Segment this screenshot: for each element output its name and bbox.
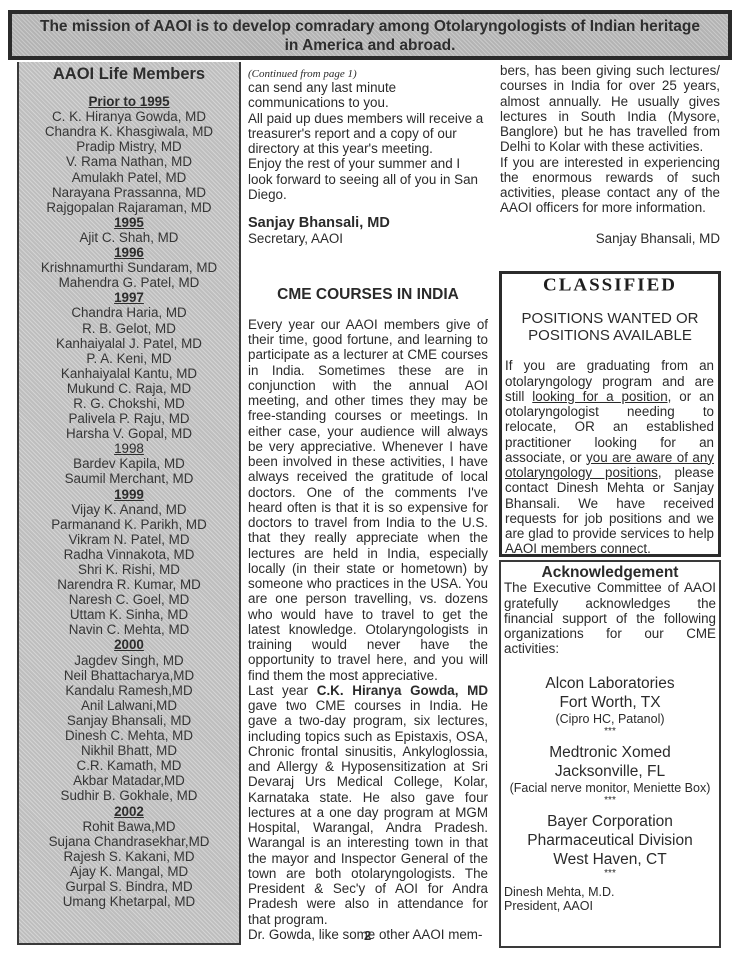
member-name: Krishnamurthi Sundaram, MD bbox=[19, 260, 239, 275]
member-name: Umang Khetarpal, MD bbox=[19, 894, 239, 909]
member-name: C. K. Hiranya Gowda, MD bbox=[19, 109, 239, 124]
member-name: Sanjay Bhansali, MD bbox=[19, 713, 239, 728]
sponsor-location: Fort Worth, TX bbox=[501, 693, 719, 712]
secretary-signature-name: Sanjay Bhansali, MD bbox=[248, 216, 488, 231]
member-name: Mahendra G. Patel, MD bbox=[19, 275, 239, 290]
classified-subtitle-2: POSITIONS AVAILABLE bbox=[502, 327, 718, 344]
year-heading: 1999 bbox=[19, 487, 239, 502]
mission-banner: The mission of AAOI is to develop comrad… bbox=[8, 10, 732, 60]
member-name: Anil Lalwani,MD bbox=[19, 698, 239, 713]
member-name: Jagdev Singh, MD bbox=[19, 653, 239, 668]
member-name: Rohit Bawa,MD bbox=[19, 819, 239, 834]
member-name: Bardev Kapila, MD bbox=[19, 456, 239, 471]
member-name: Sujana Chandrasekhar,MD bbox=[19, 834, 239, 849]
separator: *** bbox=[501, 727, 719, 737]
signoff-name: Dinesh Mehta, M.D. bbox=[501, 885, 719, 899]
member-name: Dinesh C. Mehta, MD bbox=[19, 728, 239, 743]
classified-subtitle-1: POSITIONS WANTED OR bbox=[502, 310, 718, 327]
member-name: Saumil Merchant, MD bbox=[19, 471, 239, 486]
cme-paragraph: Every year our AAOI members give of thei… bbox=[248, 317, 488, 683]
member-name: Rajesh S. Kakani, MD bbox=[19, 849, 239, 864]
member-name: Ajit C. Shah, MD bbox=[19, 230, 239, 245]
member-name: C.R. Kamath, MD bbox=[19, 758, 239, 773]
cme-text: gave two CME courses in India. He gave a… bbox=[248, 698, 488, 927]
year-heading: 1995 bbox=[19, 215, 239, 230]
year-heading: 1996 bbox=[19, 245, 239, 260]
cme-paragraph: Last year C.K. Hiranya Gowda, MD gave tw… bbox=[248, 683, 488, 927]
year-heading: 2002 bbox=[19, 804, 239, 819]
right-column: bers, has been giving such lectures/ cou… bbox=[500, 63, 720, 246]
member-name: Kandalu Ramesh,MD bbox=[19, 683, 239, 698]
acknowledgement-title: Acknowledgement bbox=[501, 565, 719, 580]
letter-paragraph: All paid up dues members will receive a … bbox=[248, 111, 488, 157]
member-name: P. A. Keni, MD bbox=[19, 351, 239, 366]
member-name: Radha Vinnakota, MD bbox=[19, 547, 239, 562]
page-number: 2 bbox=[364, 928, 371, 943]
member-name: R. B. Gelot, MD bbox=[19, 321, 239, 336]
member-name: Pradip Mistry, MD bbox=[19, 139, 239, 154]
sponsor-name: Bayer Corporation bbox=[501, 812, 719, 831]
cme-text: Last year bbox=[248, 683, 317, 698]
member-name: Parmanand K. Parikh, MD bbox=[19, 517, 239, 532]
member-name: Narendra R. Kumar, MD bbox=[19, 577, 239, 592]
member-name: Vikram N. Patel, MD bbox=[19, 532, 239, 547]
cme-signature: Sanjay Bhansali, MD bbox=[500, 231, 720, 246]
separator: *** bbox=[501, 869, 719, 879]
member-name: Naresh C. Goel, MD bbox=[19, 592, 239, 607]
mission-line-2: in America and abroad. bbox=[12, 36, 728, 55]
member-name: Uttam K. Sinha, MD bbox=[19, 607, 239, 622]
member-name: Nikhil Bhatt, MD bbox=[19, 743, 239, 758]
separator: *** bbox=[501, 796, 719, 806]
member-name: Navin C. Mehta, MD bbox=[19, 622, 239, 637]
secretary-signature-title: Secretary, AAOI bbox=[248, 231, 488, 246]
acknowledgement-box: Acknowledgement The Executive Committee … bbox=[499, 560, 721, 948]
member-name: Neil Bhattacharya,MD bbox=[19, 668, 239, 683]
member-name: Amulakh Patel, MD bbox=[19, 170, 239, 185]
member-name: Ajay K. Mangal, MD bbox=[19, 864, 239, 879]
cme-heading: CME COURSES IN INDIA bbox=[248, 287, 488, 302]
sponsor-products: (Cipro HC, Patanol) bbox=[501, 712, 719, 727]
member-name: Rajgopalan Rajaraman, MD bbox=[19, 200, 239, 215]
member-name: Chandra Haria, MD bbox=[19, 305, 239, 320]
member-name: Shri K. Rishi, MD bbox=[19, 562, 239, 577]
member-name: R. G. Chokshi, MD bbox=[19, 396, 239, 411]
member-name: Kanhaiyalal J. Patel, MD bbox=[19, 336, 239, 351]
classified-body: If you are graduating from an otolaryngo… bbox=[502, 358, 718, 556]
year-heading: Prior to 1995 bbox=[19, 94, 239, 109]
life-members-title: AAOI Life Members bbox=[19, 67, 239, 82]
sponsor-name: Medtronic Xomed bbox=[501, 743, 719, 762]
cme-paragraph: If you are interested in experiencing th… bbox=[500, 155, 720, 216]
member-name: Akbar Matadar,MD bbox=[19, 773, 239, 788]
member-name: Kanhaiyalal Kantu, MD bbox=[19, 366, 239, 381]
classified-box: CLASSIFIED POSITIONS WANTED OR POSITIONS… bbox=[499, 271, 721, 557]
sponsor-location: Jacksonville, FL bbox=[501, 762, 719, 781]
cme-honoree-name: C.K. Hiranya Gowda, MD bbox=[317, 683, 488, 698]
sponsor-products: (Facial nerve monitor, Meniette Box) bbox=[501, 781, 719, 796]
acknowledgement-intro: The Executive Committee of AAOI grateful… bbox=[501, 580, 719, 656]
year-heading: 1997 bbox=[19, 290, 239, 305]
member-name: Gurpal S. Bindra, MD bbox=[19, 879, 239, 894]
letter-paragraph: Enjoy the rest of your summer and I look… bbox=[248, 156, 488, 202]
member-name: Palivela P. Raju, MD bbox=[19, 411, 239, 426]
member-name: Harsha V. Gopal, MD bbox=[19, 426, 239, 441]
sponsor-division: Pharmaceutical Division bbox=[501, 831, 719, 850]
sponsor-name: Alcon Laboratories bbox=[501, 674, 719, 693]
member-name: Sudhir B. Gokhale, MD bbox=[19, 788, 239, 803]
member-name: Chandra K. Khasgiwala, MD bbox=[19, 124, 239, 139]
classified-emphasis: looking for a position, bbox=[532, 389, 671, 404]
member-name: Mukund C. Raja, MD bbox=[19, 381, 239, 396]
year-heading: 1998 bbox=[19, 441, 239, 456]
classified-title: CLASSIFIED bbox=[502, 278, 718, 292]
member-name: Narayana Prassanna, MD bbox=[19, 185, 239, 200]
member-name: V. Rama Nathan, MD bbox=[19, 154, 239, 169]
middle-column: (Continued from page 1) can send any las… bbox=[248, 68, 488, 942]
mission-line-1: The mission of AAOI is to develop comrad… bbox=[12, 17, 728, 36]
year-heading: 2000 bbox=[19, 637, 239, 652]
cme-paragraph: bers, has been giving such lectures/ cou… bbox=[500, 63, 720, 155]
sponsor-location: West Haven, CT bbox=[501, 850, 719, 869]
member-name: Vijay K. Anand, MD bbox=[19, 502, 239, 517]
signoff-title: President, AAOI bbox=[501, 899, 719, 913]
life-members-panel: AAOI Life Members Prior to 1995 C. K. Hi… bbox=[17, 62, 241, 945]
letter-paragraph: can send any last minute communications … bbox=[248, 80, 488, 111]
continued-note: (Continued from page 1) bbox=[248, 68, 488, 80]
